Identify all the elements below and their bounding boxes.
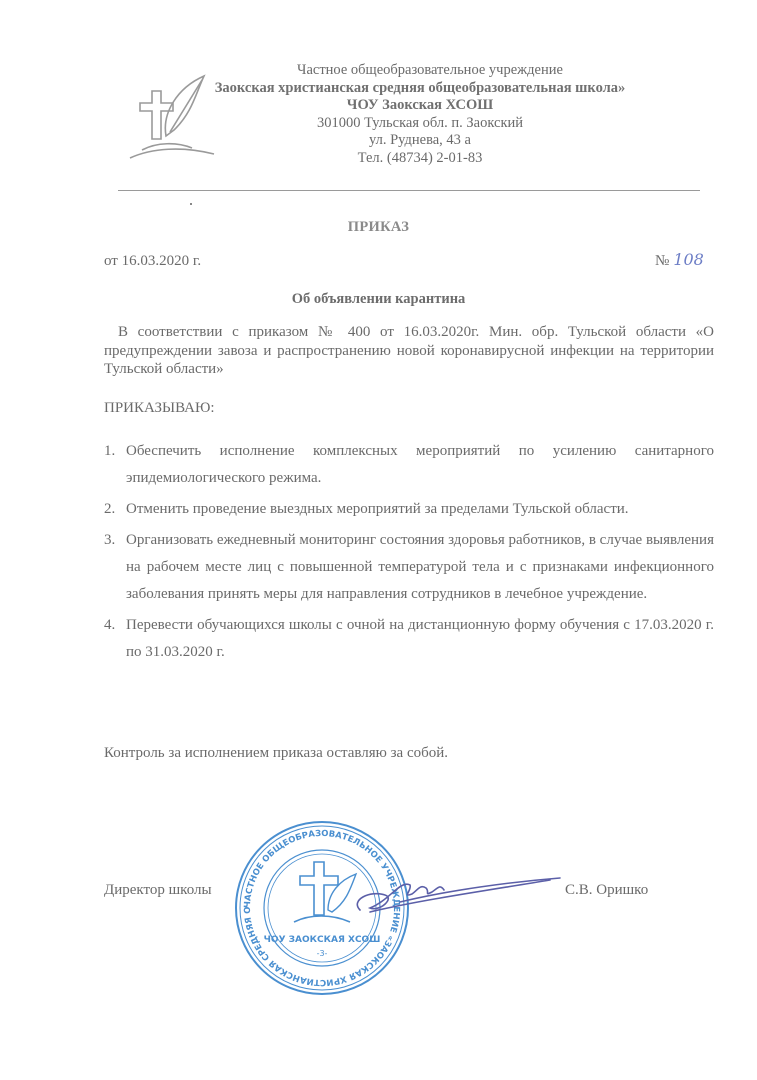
handwritten-number: 108 xyxy=(673,250,704,269)
phone: Тел. (48734) 2-01-83 xyxy=(120,150,720,168)
signer-position: Директор школы xyxy=(104,882,212,899)
order-item: 1.Обеспечить исполнение комплексных меро… xyxy=(104,438,714,492)
svg-text:ЧОУ ЗАОКСКАЯ ХСОШ: ЧОУ ЗАОКСКАЯ ХСОШ xyxy=(264,935,381,945)
handwritten-signature xyxy=(340,860,570,920)
letterhead: Частное общеобразовательное учреждение З… xyxy=(120,62,720,167)
address-line-2: ул. Руднева, 43 а xyxy=(120,132,720,150)
order-items: 1.Обеспечить исполнение комплексных меро… xyxy=(104,438,714,670)
signer-name: С.В. Оришко xyxy=(565,882,648,899)
document-title: ПРИКАЗ xyxy=(0,219,757,236)
order-item: 3.Организовать ежедневный мониторинг сос… xyxy=(104,527,714,608)
scan-speck xyxy=(190,203,192,205)
preamble: В соответствии с приказом № 400 от 16.03… xyxy=(104,323,714,379)
control-note: Контроль за исполнением приказа оставляю… xyxy=(104,745,448,762)
svg-text:-3-: -3- xyxy=(317,949,328,958)
document-date: от 16.03.2020 г. xyxy=(104,253,201,270)
order-item: 4.Перевести обучающихся школы с очной на… xyxy=(104,612,714,666)
org-short-name: ЧОУ Заокская ХСОШ xyxy=(120,97,720,115)
org-name: Заокская христианская средняя общеобразо… xyxy=(120,80,720,98)
document-subject: Об объявлении карантина xyxy=(0,291,757,308)
org-type: Частное общеобразовательное учреждение xyxy=(120,62,720,80)
order-word: ПРИКАЗЫВАЮ: xyxy=(104,400,215,417)
address-line-1: 301000 Тульская обл. п. Заокский xyxy=(120,115,720,133)
signature-scribble-icon xyxy=(340,860,570,920)
number-label: № xyxy=(655,253,669,269)
order-item: 2.Отменить проведение выездных мероприят… xyxy=(104,496,714,523)
document-number: №108 xyxy=(655,250,704,270)
header-divider xyxy=(118,190,700,191)
